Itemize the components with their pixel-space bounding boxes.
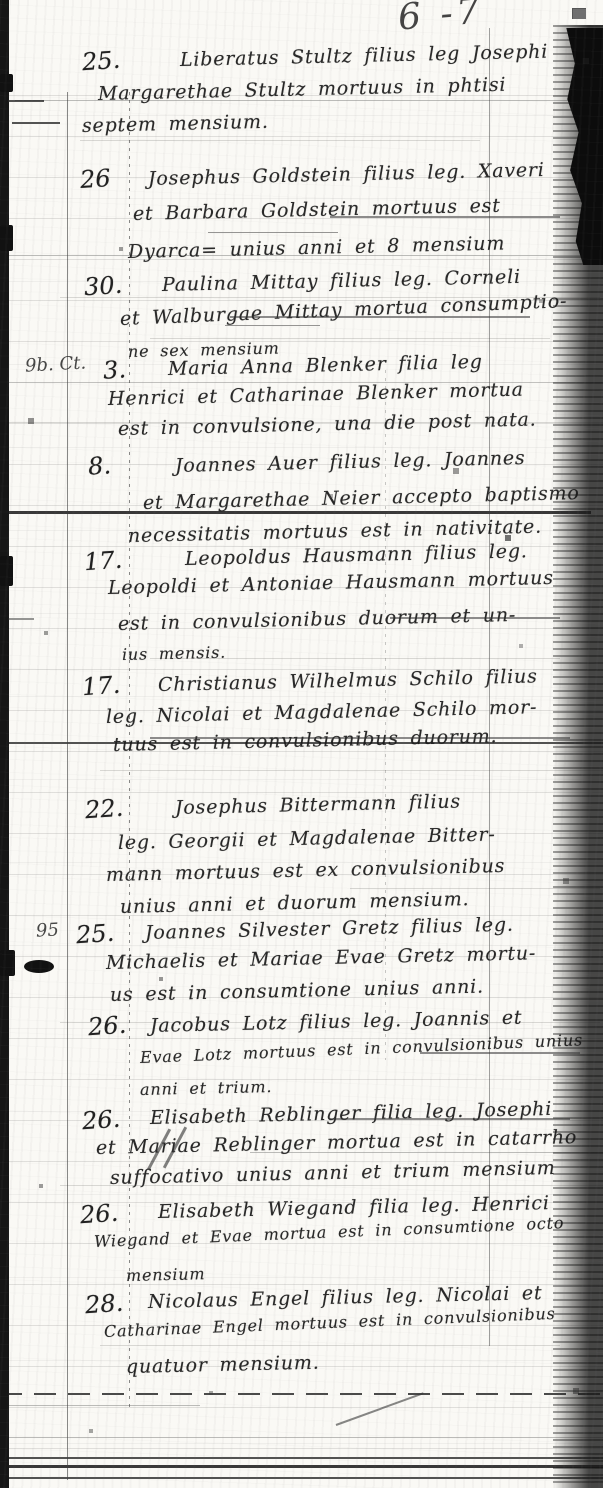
entry-day-number: 30. <box>83 271 123 302</box>
entry-day-number: 3. <box>102 355 127 385</box>
entry-text-line: Liberatus Stultz filius leg Josephi <box>180 41 549 71</box>
folio-pencil-note: 6 -7 <box>396 0 485 39</box>
ruled-line <box>80 140 480 141</box>
entry-text-line: ius mensis. <box>122 643 226 664</box>
entry-day-number: 17. <box>83 546 123 577</box>
ink-blot <box>24 960 54 973</box>
margin-tick <box>12 122 60 124</box>
ink-strike <box>230 316 530 318</box>
ink-underline <box>225 325 320 326</box>
ruled-line <box>150 338 550 339</box>
entry-text-line: septem mensium. <box>82 111 269 137</box>
entry-text-line: anni et trium. <box>140 1077 273 1099</box>
heavy-ruled-line <box>0 511 591 514</box>
entry-day-number: 28. <box>84 1289 124 1320</box>
heavy-ruled-line <box>0 1465 603 1468</box>
entry-day-number: 26. <box>87 1011 127 1042</box>
ruled-line <box>0 1437 603 1438</box>
dashed-ruled-line <box>0 1393 603 1395</box>
scanner-artifact-square <box>572 8 586 19</box>
spine-blob <box>0 556 13 586</box>
heavy-ruled-line <box>0 1477 603 1479</box>
spine-blob <box>0 74 13 92</box>
spine-blob <box>0 950 15 976</box>
ink-strike <box>420 1052 580 1054</box>
ink-strike <box>390 617 560 619</box>
spine-blob <box>0 225 13 251</box>
noise-specks <box>0 0 2 2</box>
margin-tick <box>8 100 44 102</box>
entry-text-line: quatuor mensium. <box>126 1352 320 1378</box>
entry-day-number: 25. <box>81 46 121 77</box>
entry-day-number: 26. <box>81 1105 121 1136</box>
entry-day-number: 26. <box>79 1199 119 1230</box>
margin-note: 95 <box>35 919 59 941</box>
entry-day-number: 17. <box>81 671 121 702</box>
entry-text-line: mensium <box>126 1264 206 1285</box>
margin-tick <box>8 618 34 620</box>
scanned-register-page: 6 -7 25. Liberatus Stultz filius leg Jos… <box>0 0 603 1488</box>
ink-strike <box>330 216 560 218</box>
ink-strike <box>330 1118 570 1120</box>
margin-note: 9b. Ct. <box>24 352 86 376</box>
binding-spine-shadow <box>0 0 9 1488</box>
ruled-line <box>100 770 603 771</box>
ink-strike <box>150 737 570 739</box>
entry-day-number: 25. <box>75 919 115 950</box>
ruled-line <box>100 1345 560 1346</box>
entry-day-number: 26 <box>79 164 111 194</box>
ink-underline <box>208 232 338 233</box>
heavy-ruled-line <box>0 1457 603 1459</box>
column-rule <box>67 92 68 1480</box>
entry-day-number: 8. <box>87 451 112 481</box>
ruled-line <box>0 1405 200 1406</box>
entry-day-number: 22. <box>84 794 124 825</box>
